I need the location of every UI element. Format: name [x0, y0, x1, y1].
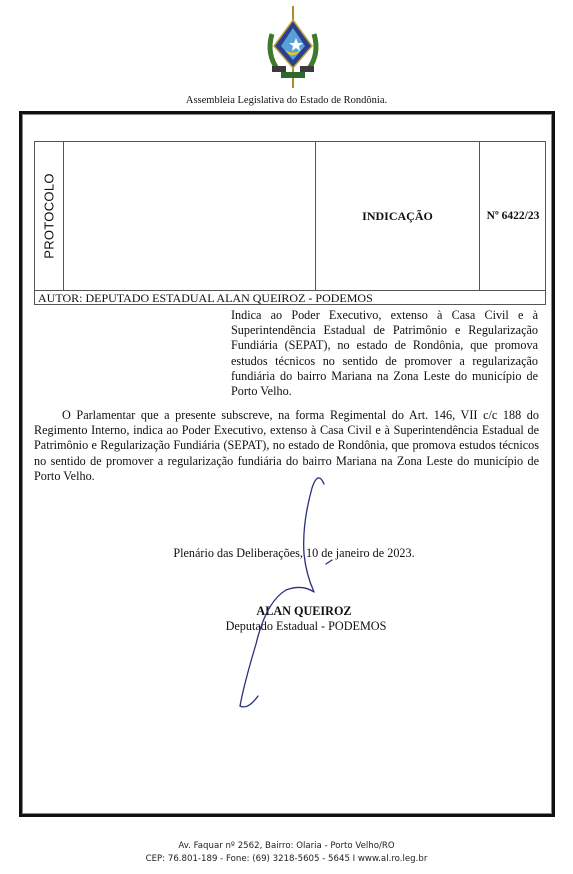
document-frame: PROTOCOLO INDICAÇÃO Nº 6422/23 AUTOR: DE… [19, 111, 555, 817]
author-line: AUTOR: DEPUTADO ESTADUAL ALAN QUEIROZ - … [35, 290, 545, 305]
header-table: PROTOCOLO INDICAÇÃO Nº 6422/23 AUTOR: DE… [34, 141, 546, 305]
protocol-cell: PROTOCOLO [35, 142, 64, 290]
document-type-cell: INDICAÇÃO [316, 142, 480, 290]
handwritten-signature-icon [222, 474, 362, 714]
place-date: Plenário das Deliberações, 10 de janeiro… [22, 546, 552, 561]
signer-name: ALAN QUEIROZ [22, 604, 552, 619]
document-type: INDICAÇÃO [362, 209, 433, 224]
document-number-cell: Nº 6422/23 [480, 142, 546, 290]
footer-address: Av. Faquar nº 2562, Bairro: Olaria - Por… [0, 840, 573, 853]
protocol-label: PROTOCOLO [42, 173, 57, 259]
organization-name: Assembleia Legislativa do Estado de Rond… [0, 95, 573, 106]
protocol-stamp-area [64, 142, 316, 290]
body-text: O Parlamentar que a presente subscreve, … [34, 408, 539, 484]
footer-contact: CEP: 76.801-189 - Fone: (69) 3218-5605 -… [0, 853, 573, 866]
summary-text: Indica ao Poder Executivo, extenso à Cas… [231, 308, 538, 399]
footer: Av. Faquar nº 2562, Bairro: Olaria - Por… [0, 840, 573, 866]
signer-role: Deputado Estadual - PODEMOS [22, 619, 552, 634]
document-number: Nº 6422/23 [487, 210, 540, 222]
coat-of-arms-icon [262, 4, 324, 90]
